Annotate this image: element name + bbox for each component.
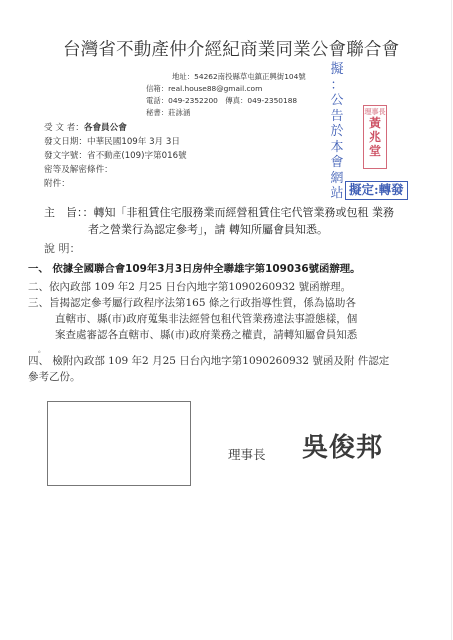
red-stamp-title: 理事長: [364, 108, 386, 116]
classification-row: 密等及解密條件：: [44, 163, 113, 177]
signature-name: 吳俊邦: [302, 427, 383, 464]
date-label: 發文日期：: [44, 137, 87, 147]
subject-text: ：轉知「非租賃住宅服務業而經營租賃住宅代管業務或包租 業務: [83, 206, 395, 219]
reference-value: 省不動產(109)字第016號: [87, 151, 187, 161]
phone-fax: 電話：049-2352200 傳真：049-2350188: [146, 95, 297, 107]
approval-box-stamp: 擬定:轉發: [345, 181, 408, 200]
date-value: 中華民國109年 3月 3日: [87, 137, 180, 147]
explanation-item-4-cont: 參考乙份。: [28, 370, 81, 385]
red-stamp-char: 堂: [364, 144, 386, 158]
stamp-char: 站: [329, 186, 345, 202]
reference-row: 發文字號：省不動產(109)字第016號: [44, 149, 187, 163]
red-stamp-char: 兆: [364, 130, 386, 144]
explanation-item-4: 四、 檢附內政部 109 年2 月25 日台內地字第1090260932 號函及…: [28, 354, 389, 369]
explanation-item-3: 三、旨揭認定參考屬行政程序法第165 條之行政指導性質，係為協助各: [28, 296, 356, 311]
date-row: 發文日期：中華民國109年 3月 3日: [44, 135, 180, 149]
stamp-char: 告: [329, 109, 345, 125]
stamp-char: ：: [329, 78, 345, 94]
red-stamp-char: 黃: [364, 116, 386, 130]
recipient-value: 各會員公會: [84, 123, 127, 133]
subject-label: 主 旨：: [44, 206, 83, 219]
stamp-char: 網: [329, 171, 345, 187]
signature-title: 理事長: [228, 445, 266, 463]
document-title: 台灣省不動產仲介經紀商業同業公會聯合會: [63, 36, 399, 61]
vertical-blue-stamp: 擬 ： 公 告 於 本 會 網 站: [329, 62, 345, 202]
page-edge: [451, 0, 452, 640]
explanation-item-3-cont-2: 案查處審認各直轄市、縣(市)政府業務之權責，請轉知屬會員知悉: [55, 328, 357, 343]
reference-label: 發文字號：: [44, 151, 87, 161]
stamp-char: 擬: [329, 62, 345, 78]
email: 信箱：real.house88@gmail.com: [146, 83, 262, 95]
classification-label: 密等及解密條件：: [44, 165, 113, 175]
address: 地址：54262南投縣草屯鎮正興街104號: [172, 71, 306, 83]
attachment-label: 附件：: [44, 179, 70, 189]
stamp-char: 會: [329, 155, 345, 171]
explanation-item-1: 一、 依據全國聯合會109年3月3日房仲全聯雄字第109036號函辦理。: [28, 262, 361, 277]
explanation-item-3-cont-1: 直轄市、縣(市)政府蒐集非法經營包租代管業務違法事證態樣，個: [55, 312, 357, 327]
recipient-row: 受 文 者：各會員公會: [44, 121, 127, 135]
stamp-char: 本: [329, 140, 345, 156]
explanation-heading: 說 明：: [44, 240, 81, 256]
stamp-char: 於: [329, 124, 345, 140]
seal-box: [47, 401, 191, 486]
subject-line-2: 者之營業行為認定參考」，請 轉知所屬會員知悉。: [88, 221, 328, 238]
stamp-char: 公: [329, 93, 345, 109]
secretary: 秘書：莊詠涵: [146, 107, 190, 119]
red-seal-stamp: 理事長 黃 兆 堂: [363, 105, 387, 169]
explanation-item-2: 二、依內政部 109 年2 月25 日台內地字第1090260932 號函辦理。: [28, 280, 351, 295]
subject-line-1: 主 旨：：轉知「非租賃住宅服務業而經營租賃住宅代管業務或包租 業務: [44, 204, 394, 221]
recipient-label: 受 文 者：: [44, 123, 84, 133]
attachment-row: 附件：: [44, 177, 70, 191]
